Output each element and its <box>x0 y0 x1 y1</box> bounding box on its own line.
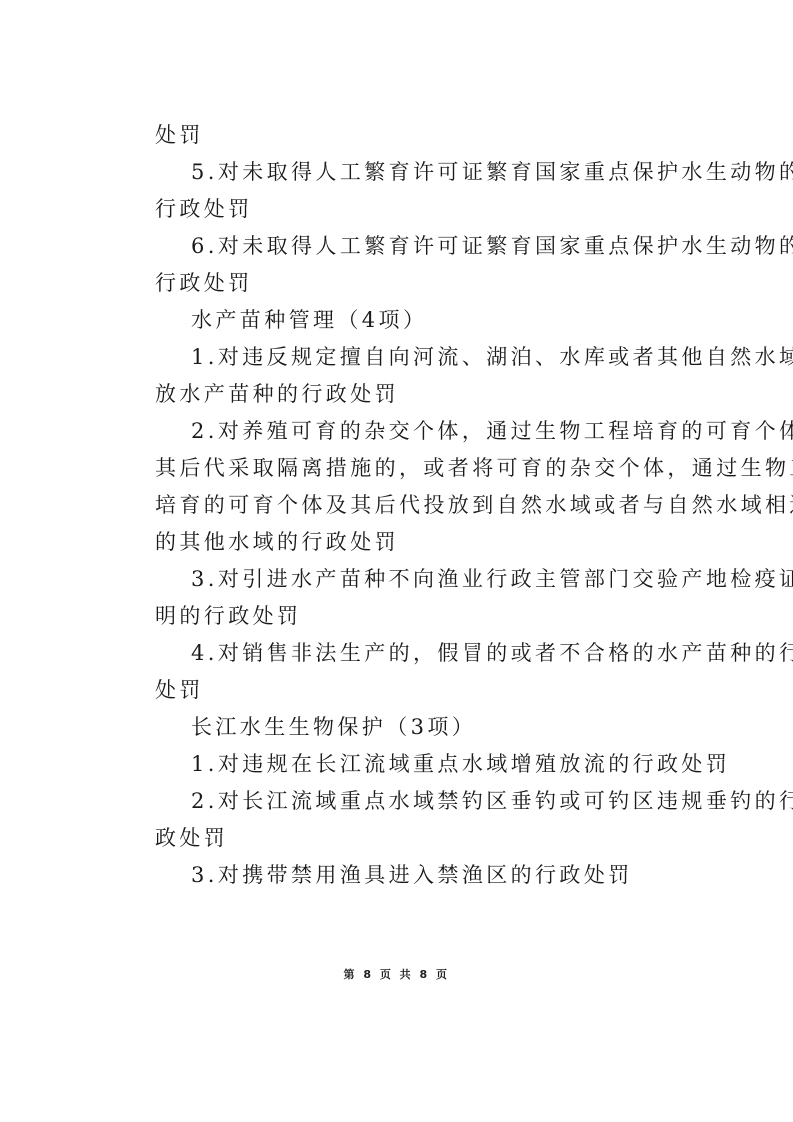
list-item-line: 3.对引进水产苗种不向渔业行政主管部门交验产地检疫证 <box>191 561 793 598</box>
text-line: 行政处罚 <box>155 265 253 302</box>
list-item-line: 4.对销售非法生产的，假冒的或者不合格的水产苗种的行政 <box>191 635 793 672</box>
text-line: 放水产苗种的行政处罚 <box>155 376 399 413</box>
list-item-line: 5.对未取得人工繁育许可证繁育国家重点保护水生动物的 <box>191 154 793 191</box>
text-line: 处罚 <box>155 117 204 154</box>
text-line: 的其他水域的行政处罚 <box>155 524 399 561</box>
list-item-line: 6.对未取得人工繁育许可证繁育国家重点保护水生动物的 <box>191 228 793 265</box>
list-item-line: 3.对携带禁用渔具进入禁渔区的行政处罚 <box>191 857 633 894</box>
text-line: 政处罚 <box>155 820 228 857</box>
text-line: 培育的可育个体及其后代投放到自然水域或者与自然水域相通 <box>155 487 793 524</box>
section-heading: 水产苗种管理（4项） <box>191 302 427 339</box>
text-line: 处罚 <box>155 672 204 709</box>
text-line: 明的行政处罚 <box>155 598 301 635</box>
list-item-line: 2.对养殖可育的杂交个体，通过生物工程培育的可育个体及 <box>191 413 793 450</box>
page-number: 第 8 页 共 8 页 <box>0 966 793 982</box>
list-item-line: 2.对长江流域重点水域禁钓区垂钓或可钓区违规垂钓的行 <box>191 783 793 820</box>
text-line: 行政处罚 <box>155 191 253 228</box>
section-heading: 长江水生生物保护（3项） <box>191 709 476 746</box>
list-item-line: 1.对违反规定擅自向河流、湖泊、水库或者其他自然水域投 <box>191 339 793 376</box>
document-page: 处罚 5.对未取得人工繁育许可证繁育国家重点保护水生动物的 行政处罚 6.对未取… <box>0 0 793 1122</box>
list-item-line: 1.对违规在长江流域重点水域增殖放流的行政处罚 <box>191 746 730 783</box>
text-line: 其后代采取隔离措施的，或者将可育的杂交个体，通过生物工程 <box>155 450 793 487</box>
